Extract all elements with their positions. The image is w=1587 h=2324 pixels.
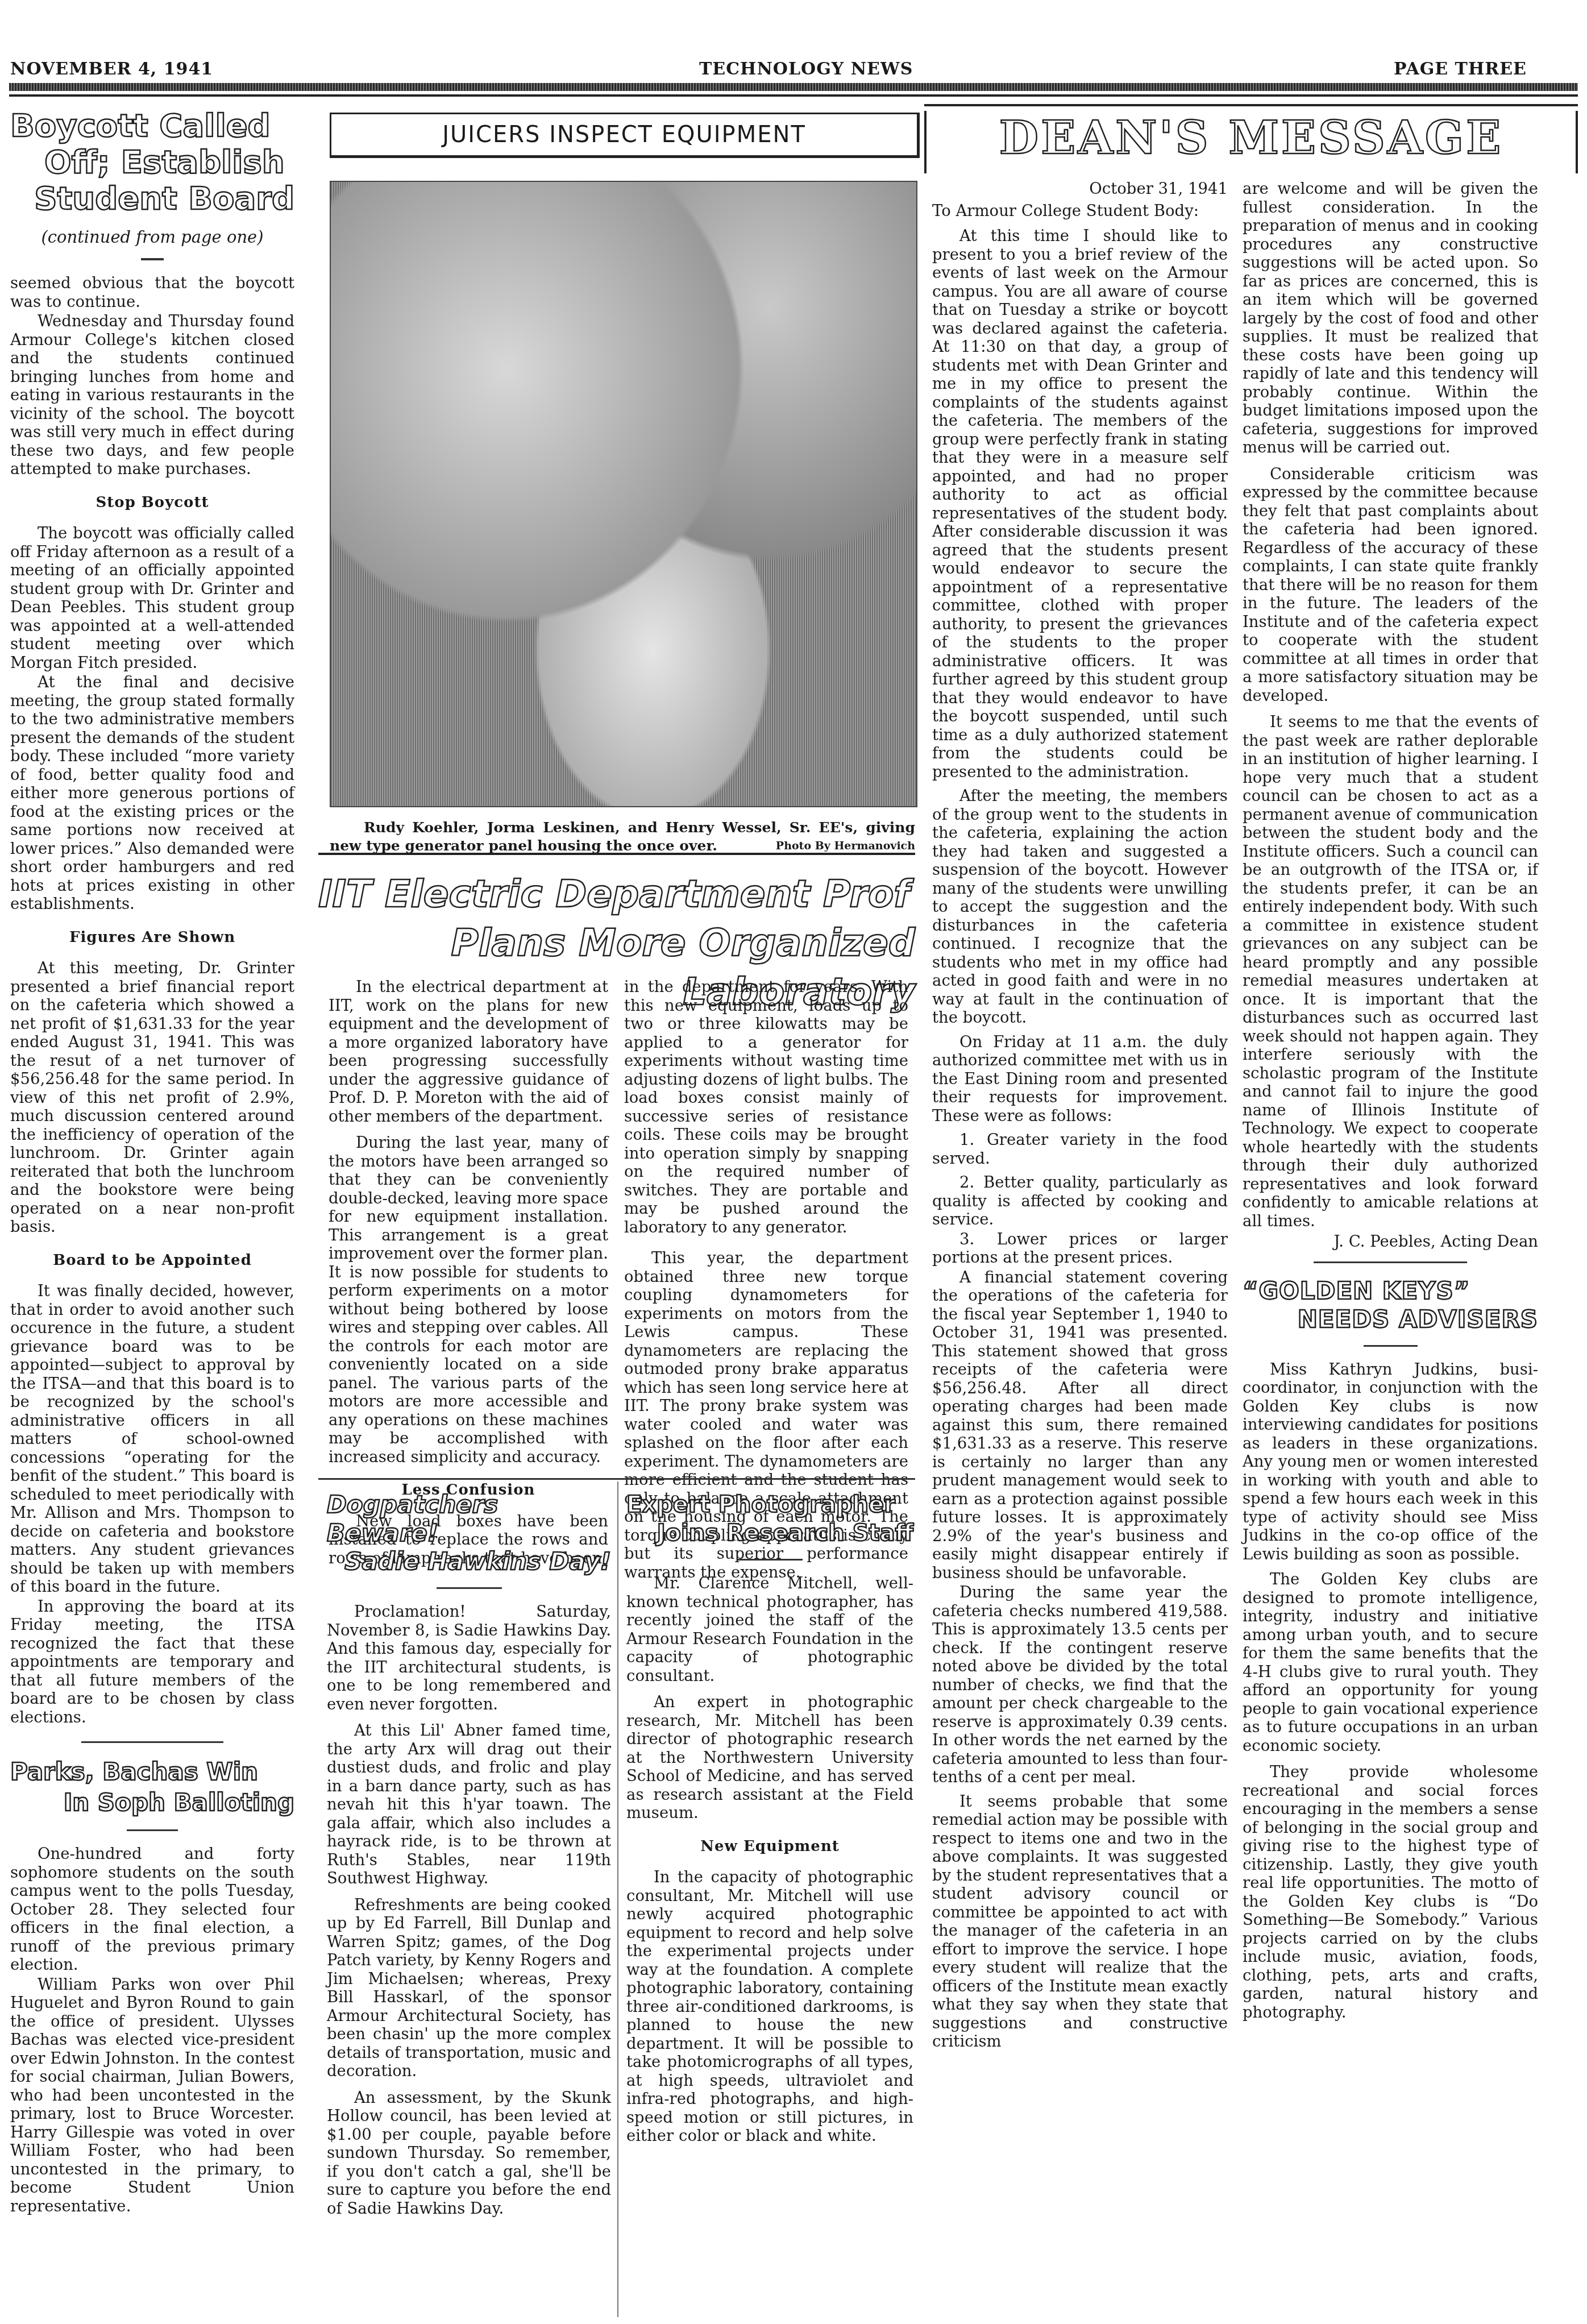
paragraph: William Parks won over Phil Huguelet and…	[10, 1976, 294, 2216]
paragraph: Mr. Clarence Mitchell, well-known techni…	[626, 1574, 913, 1685]
subhead: Board to be Appointed	[10, 1251, 294, 1270]
paragraph: During the last year, many of the motors…	[329, 1134, 608, 1466]
dean-col1: October 31, 1941 To Armour College Stude…	[932, 180, 1228, 2051]
divider	[737, 1559, 803, 1561]
masthead-rule	[9, 83, 1578, 91]
headline-line: “GOLDEN KEYS”	[1243, 1277, 1538, 1305]
headline-line: In Soph Balloting	[10, 1787, 294, 1818]
salutation: To Armour College Student Body:	[932, 202, 1228, 221]
headline-line: Dogpatchers Beware!	[327, 1491, 611, 1547]
paragraph: At the final and decisive meeting, the g…	[10, 673, 294, 914]
continued-note: (continued from page one)	[10, 227, 294, 247]
paragraph: seemed obvious that the boycott was to c…	[10, 274, 294, 311]
divider	[437, 1587, 502, 1589]
photographer-headline: Expert Photographer Joins Research Staff	[626, 1491, 913, 1547]
paragraph: It seems to me that the events of the pa…	[1243, 713, 1538, 1230]
paragraph: After the meeting, the members of the gr…	[932, 787, 1228, 1027]
golden-headline: “GOLDEN KEYS” NEEDS ADVISERS	[1243, 1277, 1538, 1334]
photo-caption: Rudy Koehler, Jorma Leskinen, and Henry …	[330, 819, 915, 855]
paragraph: They provide wholesome recreational and …	[1243, 1763, 1538, 2022]
paragraph: A financial statement covering the opera…	[932, 1268, 1228, 1583]
juicers-title: JUICERS INSPECT EQUIPMENT	[331, 114, 917, 155]
paragraph: It seems probable that some remedial act…	[932, 1792, 1228, 2051]
page-number: PAGE THREE	[1394, 59, 1527, 79]
paragraph: The boycott was officially called off Fr…	[10, 524, 294, 672]
juicers-title-box: JUICERS INSPECT EQUIPMENT	[330, 113, 920, 158]
box-edge	[1576, 111, 1578, 173]
headline-line: Joins Research Staff	[626, 1519, 913, 1547]
box-edge	[924, 111, 927, 173]
masthead-rule-thin	[9, 94, 1578, 97]
divider	[141, 258, 164, 260]
headline-line: IIT Electric Department Prof	[318, 870, 915, 919]
list-item: 2. Better quality, particularly as quali…	[932, 1173, 1228, 1229]
paragraph: are welcome and will be given the fulles…	[1243, 180, 1538, 457]
paragraph: An expert in photographic research, Mr. …	[626, 1693, 913, 1823]
golden-body: Miss Kathryn Judkins, busi-coordinator, …	[1243, 1360, 1538, 2022]
headline-line: Expert Photographer	[626, 1491, 913, 1519]
paragraph: At this time I should like to present to…	[932, 227, 1228, 781]
divider	[1314, 1261, 1467, 1263]
divider	[318, 853, 915, 855]
paragraph: At this Lil' Abner famed time, the arty …	[327, 1721, 611, 1888]
divider	[127, 1829, 178, 1831]
headline-line: Boycott Called	[10, 108, 294, 144]
paragraph: An assessment, by the Skunk Hollow counc…	[327, 2089, 611, 2218]
list-item: 1. Greater variety in the food served.	[932, 1131, 1228, 1168]
headline-line: Parks, Bachas Win	[10, 1757, 294, 1787]
photographer-body: Mr. Clarence Mitchell, well-known techni…	[626, 1574, 913, 2145]
issue-date: NOVEMBER 4, 1941	[10, 59, 213, 79]
column-rule	[617, 1481, 618, 2317]
headline-line: NEEDS ADVISERS	[1243, 1305, 1538, 1334]
divider	[318, 1478, 915, 1480]
dean-title-box: DEAN'S MESSAGE	[924, 104, 1578, 172]
paragraph: During the same year the cafeteria check…	[932, 1583, 1228, 1787]
dean-col2: are welcome and will be given the fulles…	[1243, 180, 1538, 2022]
dean-title: DEAN'S MESSAGE	[924, 106, 1578, 169]
paragraph: In the capacity of photographic consulta…	[626, 1868, 913, 2145]
paragraph: In approving the board at its Friday mee…	[10, 1597, 294, 1727]
parks-body: One-hundred and forty sophomore students…	[10, 1845, 294, 2215]
paragraph: In the electrical department at IIT, wor…	[329, 978, 608, 1126]
divider	[1364, 1345, 1418, 1347]
signature: J. C. Peebles, Acting Dean	[1243, 1232, 1538, 1251]
boycott-body: seemed obvious that the boycott was to c…	[10, 274, 294, 1727]
paragraph: Considerable criticism was expressed by …	[1243, 465, 1538, 706]
boycott-article: Boycott Called Off; Establish Student Bo…	[10, 108, 294, 2215]
subhead: New Equipment	[626, 1837, 913, 1856]
boycott-headline: Boycott Called Off; Establish Student Bo…	[10, 108, 294, 217]
headline-line: Sadie Hawkins Day!	[327, 1547, 611, 1576]
subhead: Stop Boycott	[10, 493, 294, 512]
headline-line: Off; Establish	[10, 144, 294, 181]
juicers-photo	[330, 181, 917, 807]
subhead: Figures Are Shown	[10, 928, 294, 947]
paragraph: in the department for years. With this n…	[624, 978, 908, 1236]
parks-headline: Parks, Bachas Win In Soph Balloting	[10, 1757, 294, 1818]
paragraph: The Golden Key clubs are designed to pro…	[1243, 1570, 1538, 1755]
letter-date: October 31, 1941	[932, 180, 1228, 198]
paragraph: One-hundred and forty sophomore students…	[10, 1845, 294, 1974]
paragraph: At this meeting, Dr. Grinter presented a…	[10, 959, 294, 1236]
headline-line: Student Board	[10, 181, 294, 217]
paragraph: Refreshments are being cooked up by Ed F…	[327, 1896, 611, 2081]
list-item: 3. Lower prices or larger portions at th…	[932, 1230, 1228, 1267]
dogpatch-headline: Dogpatchers Beware! Sadie Hawkins Day!	[327, 1491, 611, 1576]
dogpatch-body: Proclamation! Saturday, November 8, is S…	[327, 1603, 611, 2218]
divider	[81, 1741, 223, 1743]
paper-name: TECHNOLOGY NEWS	[699, 59, 913, 79]
dogpatch-article: Dogpatchers Beware! Sadie Hawkins Day! P…	[327, 1491, 611, 2218]
paragraph: Proclamation! Saturday, November 8, is S…	[327, 1603, 611, 1713]
paragraph: It was finally decided, however, that in…	[10, 1282, 294, 1596]
paragraph: Wednesday and Thursday found Armour Coll…	[10, 312, 294, 479]
paragraph: Miss Kathryn Judkins, busi-coordinator, …	[1243, 1360, 1538, 1564]
photographer-article: Expert Photographer Joins Research Staff…	[626, 1491, 913, 2145]
paragraph: On Friday at 11 a.m. the duly authorized…	[932, 1033, 1228, 1126]
